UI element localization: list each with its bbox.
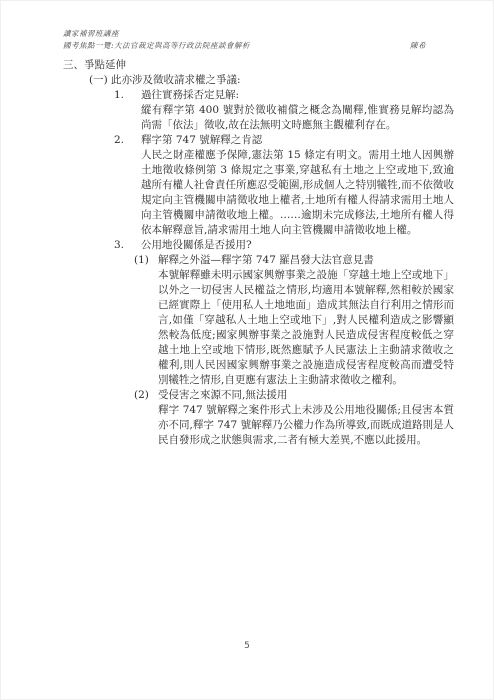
- list-item-1-number: 1.: [114, 88, 141, 103]
- sub-item-2-paragraph: 釋字 747 號解釋之案件形式上未涉及公用地役關係;且侵害本質亦不同,釋字 74…: [158, 403, 454, 448]
- sub-item-1-title: 解釋之外溢—釋字第 747 羅昌發大法官意見書: [158, 253, 374, 268]
- list-item-1-paragraph: 縱有釋字第 400 號對於徵收補償之概念為闡釋,惟實務見解均認為尚需「依法」徵收…: [141, 103, 454, 133]
- list-item-2-title: 釋字第 747 號解釋之肯認: [141, 133, 262, 148]
- subsection-title: (一) 此亦涉及徵收請求權之爭議:: [89, 73, 454, 88]
- list-item-3-number: 3.: [114, 238, 141, 253]
- header-course-title: 讀家補習班講座: [63, 28, 454, 40]
- sub-item-2-title: 受侵害之來源不同,無法援用: [158, 388, 287, 403]
- list-item-3-heading: 3. 公用地役關係是否援用?: [114, 238, 454, 253]
- section-title: 三、爭點延伸: [63, 58, 454, 73]
- header-author: 陳希: [410, 40, 426, 52]
- header-subtitle: 國考焦點一覽:大法官裁定與高等行政法院座談會解析: [63, 40, 250, 52]
- sub-item-1-heading: (1) 解釋之外溢—釋字第 747 羅昌發大法官意見書: [134, 253, 454, 268]
- list-item-2-number: 2.: [114, 133, 141, 148]
- header-row: 國考焦點一覽:大法官裁定與高等行政法院座談會解析 陳希: [63, 40, 454, 52]
- sub-item-1-paragraph: 本號解釋雖未明示國家興辦事業之設施「穿越土地上空或地下」以外之一切侵害人民權益之…: [158, 268, 454, 388]
- sub-item-2-number: (2): [134, 388, 158, 403]
- sub-item-1-number: (1): [134, 253, 158, 268]
- list-item-2-heading: 2. 釋字第 747 號解釋之肯認: [114, 133, 454, 148]
- list-item-1-title: 過往實務採否定見解:: [141, 88, 239, 103]
- list-item-1-heading: 1. 過往實務採否定見解:: [114, 88, 454, 103]
- document-page: 讀家補習班講座 國考焦點一覽:大法官裁定與高等行政法院座談會解析 陳希 三、爭點…: [0, 0, 494, 700]
- page-header: 讀家補習班講座 國考焦點一覽:大法官裁定與高等行政法院座談會解析 陳希: [1, 1, 493, 52]
- list-item-3-title: 公用地役關係是否援用?: [141, 238, 252, 253]
- sub-item-2-heading: (2) 受侵害之來源不同,無法援用: [134, 388, 454, 403]
- list-item-2-paragraph: 人民之財產權應予保障,憲法第 15 條定有明文。需用土地人因興辦土地徵收條例第 …: [141, 148, 454, 238]
- document-body: 三、爭點延伸 (一) 此亦涉及徵收請求權之爭議: 1. 過往實務採否定見解: 縱…: [1, 52, 493, 448]
- page-number: 5: [1, 641, 493, 651]
